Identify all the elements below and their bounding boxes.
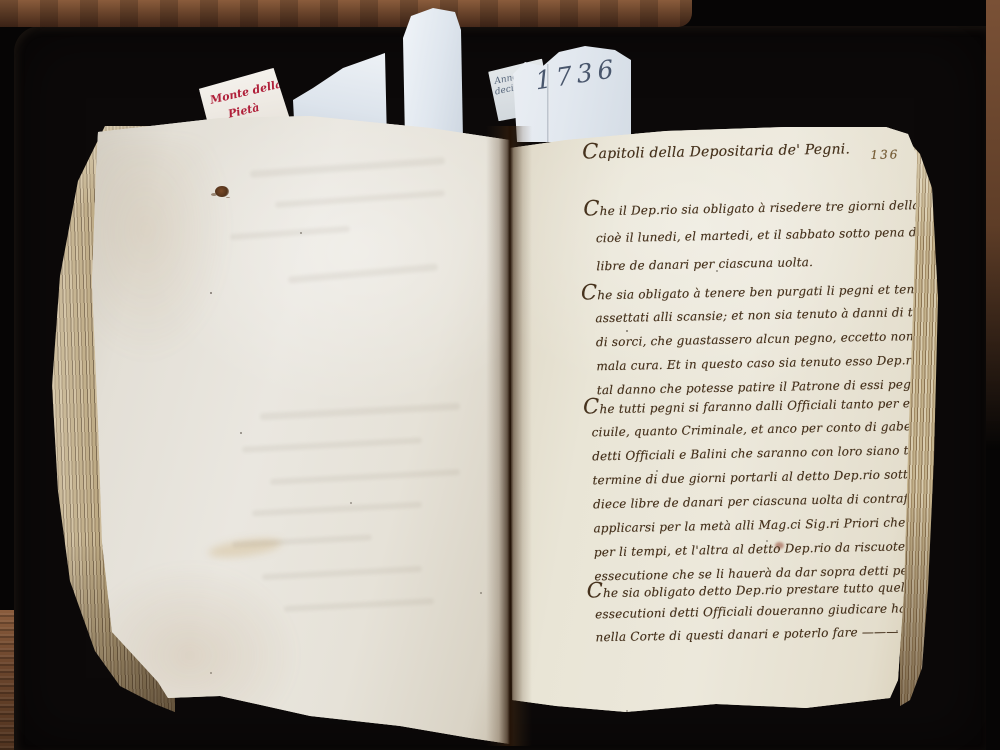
manuscript-line: applicarsi per la metà alli Mag.ci Sig.r… — [593, 514, 959, 535]
manuscript-line: essecutioni detti Officiali doueranno gi… — [595, 601, 943, 622]
table-edge-right — [986, 0, 1000, 450]
left-page-blank — [70, 112, 510, 748]
ghost-text — [270, 469, 460, 485]
manuscript-title: Capitoli della Depositaria de' Pegni. — [582, 141, 850, 161]
manuscript-line: detti Officiali e Balini che saranno con… — [592, 442, 957, 463]
folio-number: 136 — [870, 147, 899, 162]
ghost-text — [260, 403, 460, 420]
foxing-dots — [150, 172, 152, 174]
ghost-text — [230, 226, 350, 240]
manuscript-line: assettati alli scansie; et non sia tenut… — [595, 304, 965, 325]
manuscript-line: libre de danari per ciascuna uolta. — [596, 255, 813, 273]
ink-spot — [215, 186, 229, 197]
manuscript-line: cioè il lunedi, el martedi, et il sabbat… — [596, 224, 958, 245]
photo-scene: Monte della Pietà Annona e decime 1736 — [0, 0, 1000, 750]
paper-slip-middle — [403, 8, 465, 142]
manuscript-text-block: Capitoli della Depositaria de' Pegni. 13… — [556, 131, 926, 678]
manuscript-line: diece libre de danari per ciascuna uolta… — [593, 491, 948, 512]
paper-stain — [90, 142, 230, 362]
ghost-text — [252, 502, 422, 517]
ghost-text — [288, 263, 438, 283]
manuscript-line: tal danno che potesse patire il Patrone … — [597, 376, 964, 397]
book-gutter-shadow — [486, 126, 532, 746]
ghost-text — [284, 598, 434, 612]
right-page-manuscript: Capitoli della Depositaria de' Pegni. 13… — [506, 120, 920, 726]
table-edge-top — [0, 0, 692, 27]
manuscript-line: per li tempi, et l'altra al detto Dep.ri… — [594, 538, 957, 559]
manuscript-line: nella Corte di questi danari e poterlo f… — [595, 625, 898, 645]
ghost-text — [242, 437, 422, 452]
ghost-text — [275, 190, 445, 208]
ghost-text — [250, 157, 445, 178]
ghost-text — [232, 534, 372, 547]
table-edge-left — [0, 610, 14, 750]
